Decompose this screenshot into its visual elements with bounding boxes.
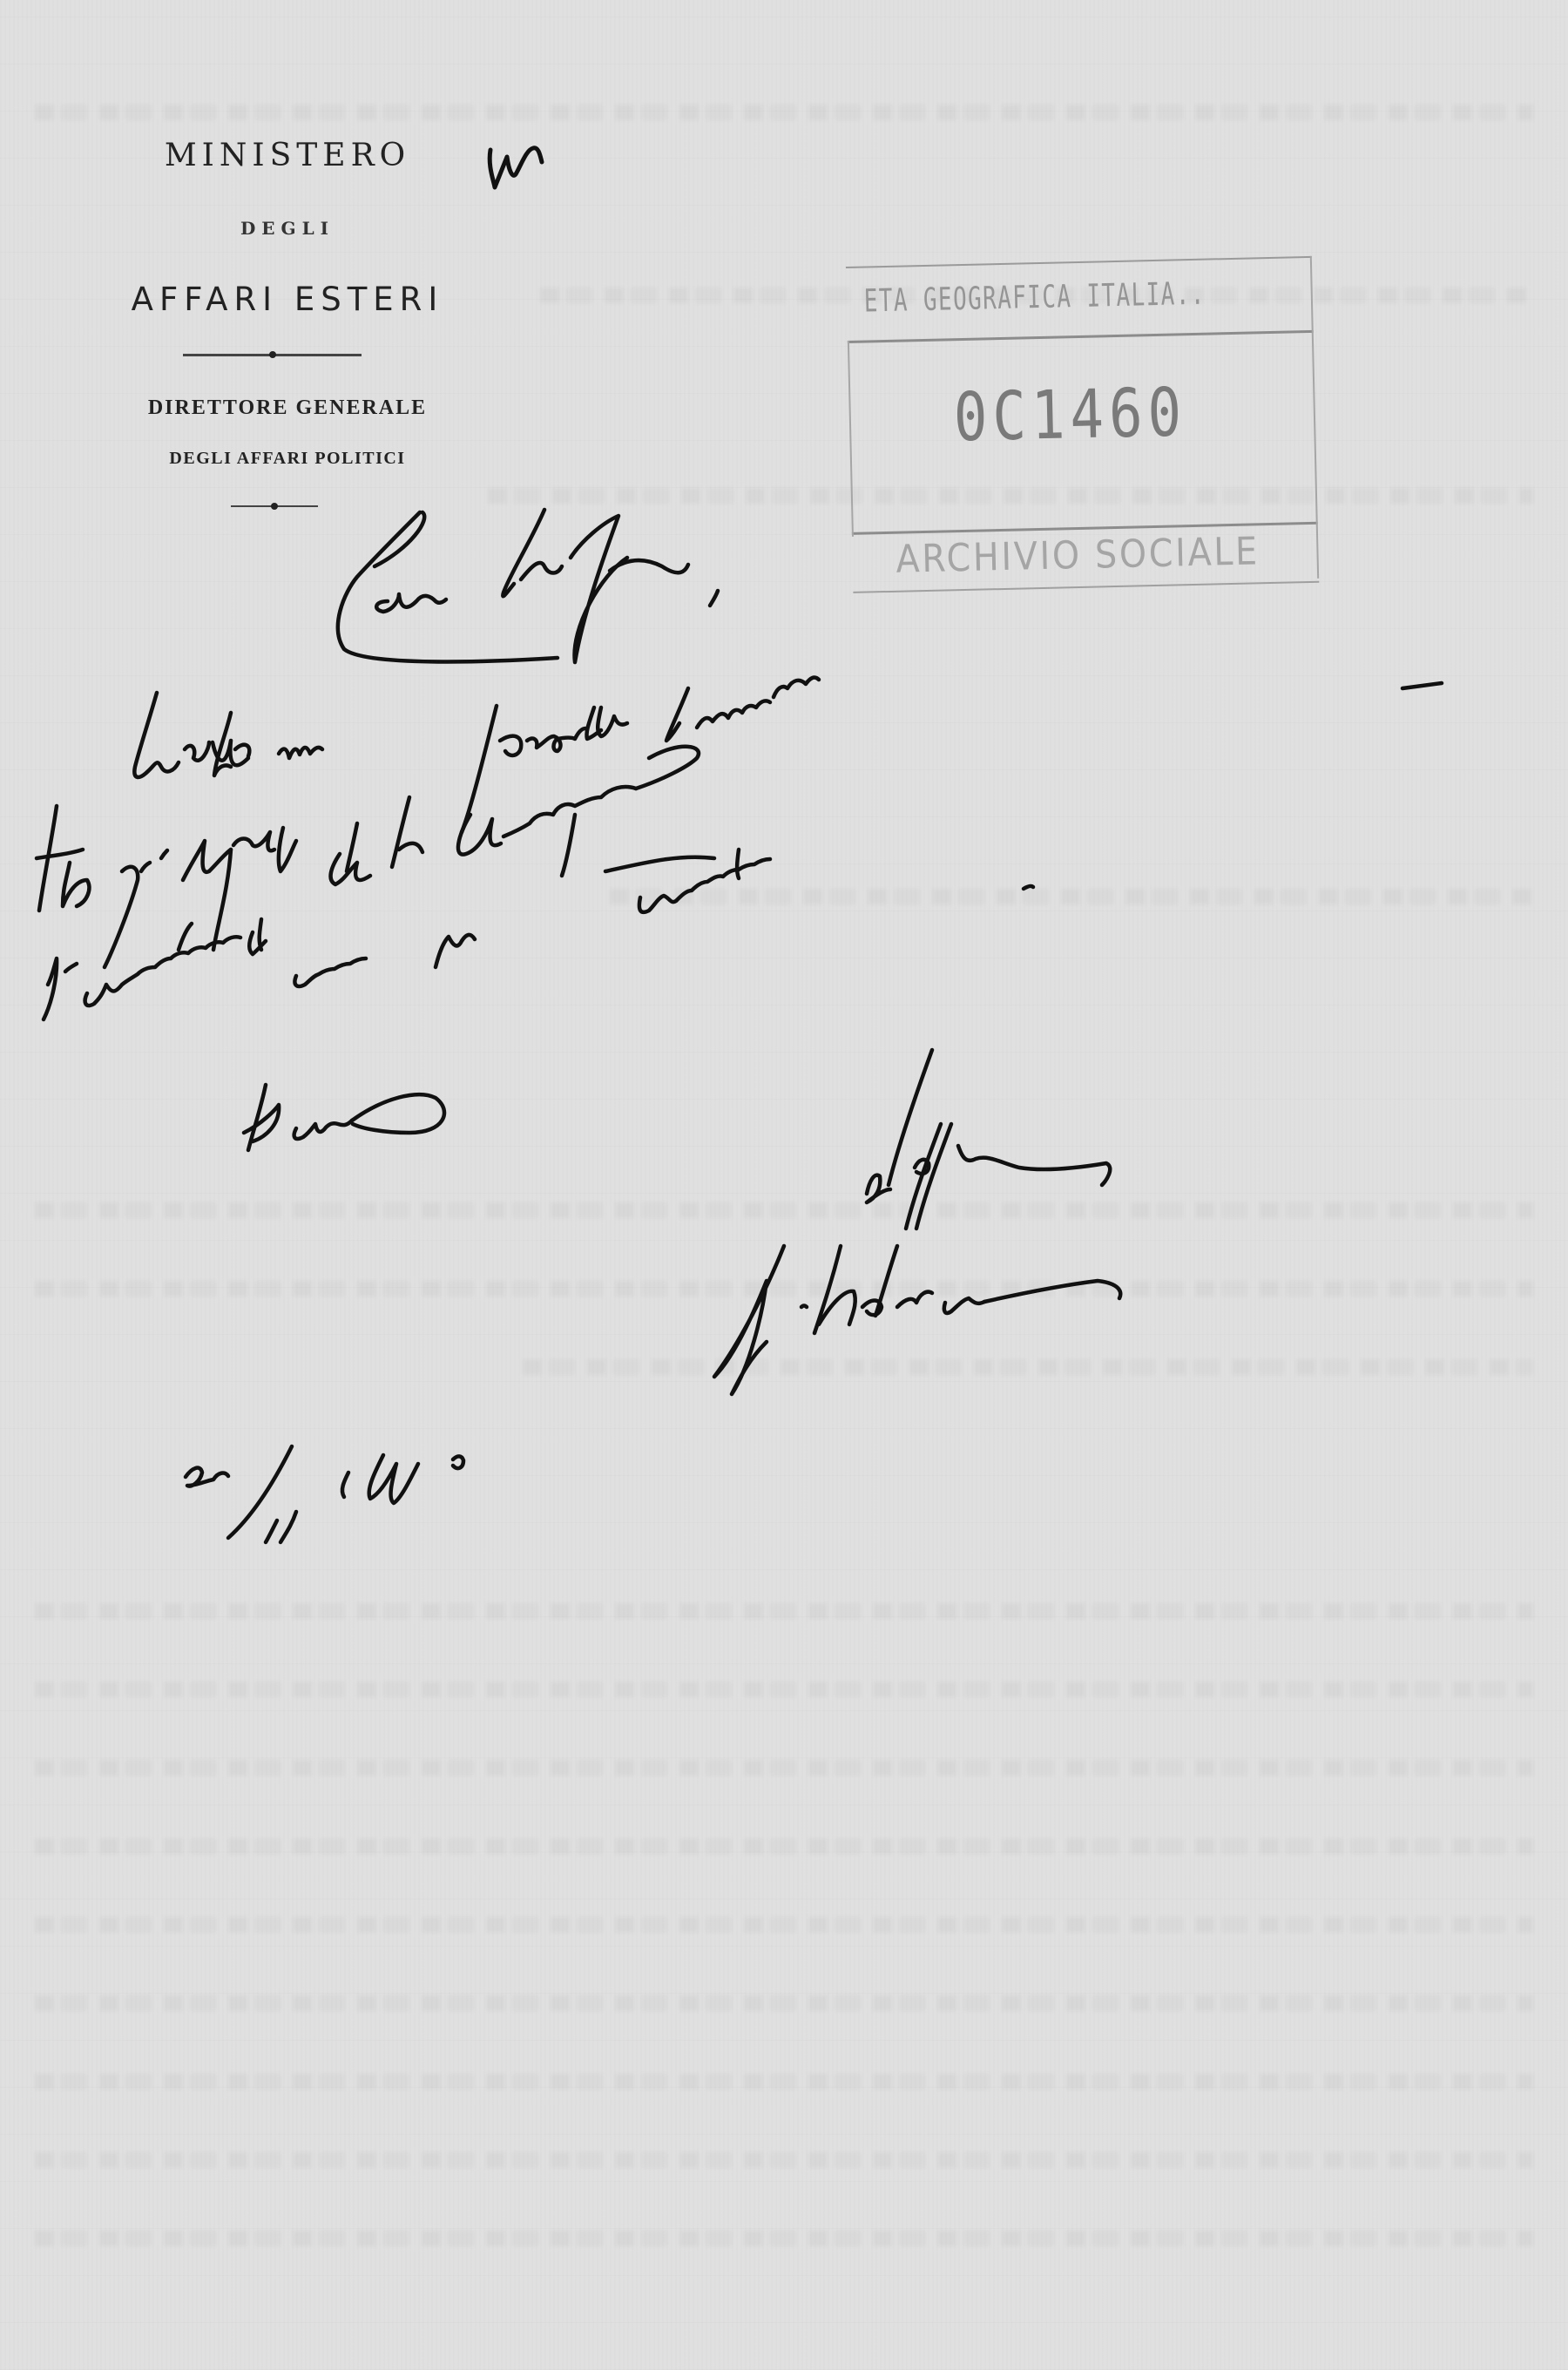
margin-annotation: [490, 148, 542, 187]
letter-line-1-stroke: [134, 678, 1442, 832]
letter-line-2-stroke: [37, 747, 714, 967]
letter-line-4-stroke: [244, 1085, 444, 1150]
letter-page: MINISTERO DEGLI AFFARI ESTERI DIRETTORE …: [0, 0, 1568, 2370]
closing-stroke: [867, 1050, 1110, 1229]
salutation-stroke: [338, 510, 718, 662]
letter-line-3-stroke: [44, 850, 1033, 1019]
date-stroke: [186, 1446, 463, 1542]
signature-stroke: [714, 1246, 1120, 1394]
